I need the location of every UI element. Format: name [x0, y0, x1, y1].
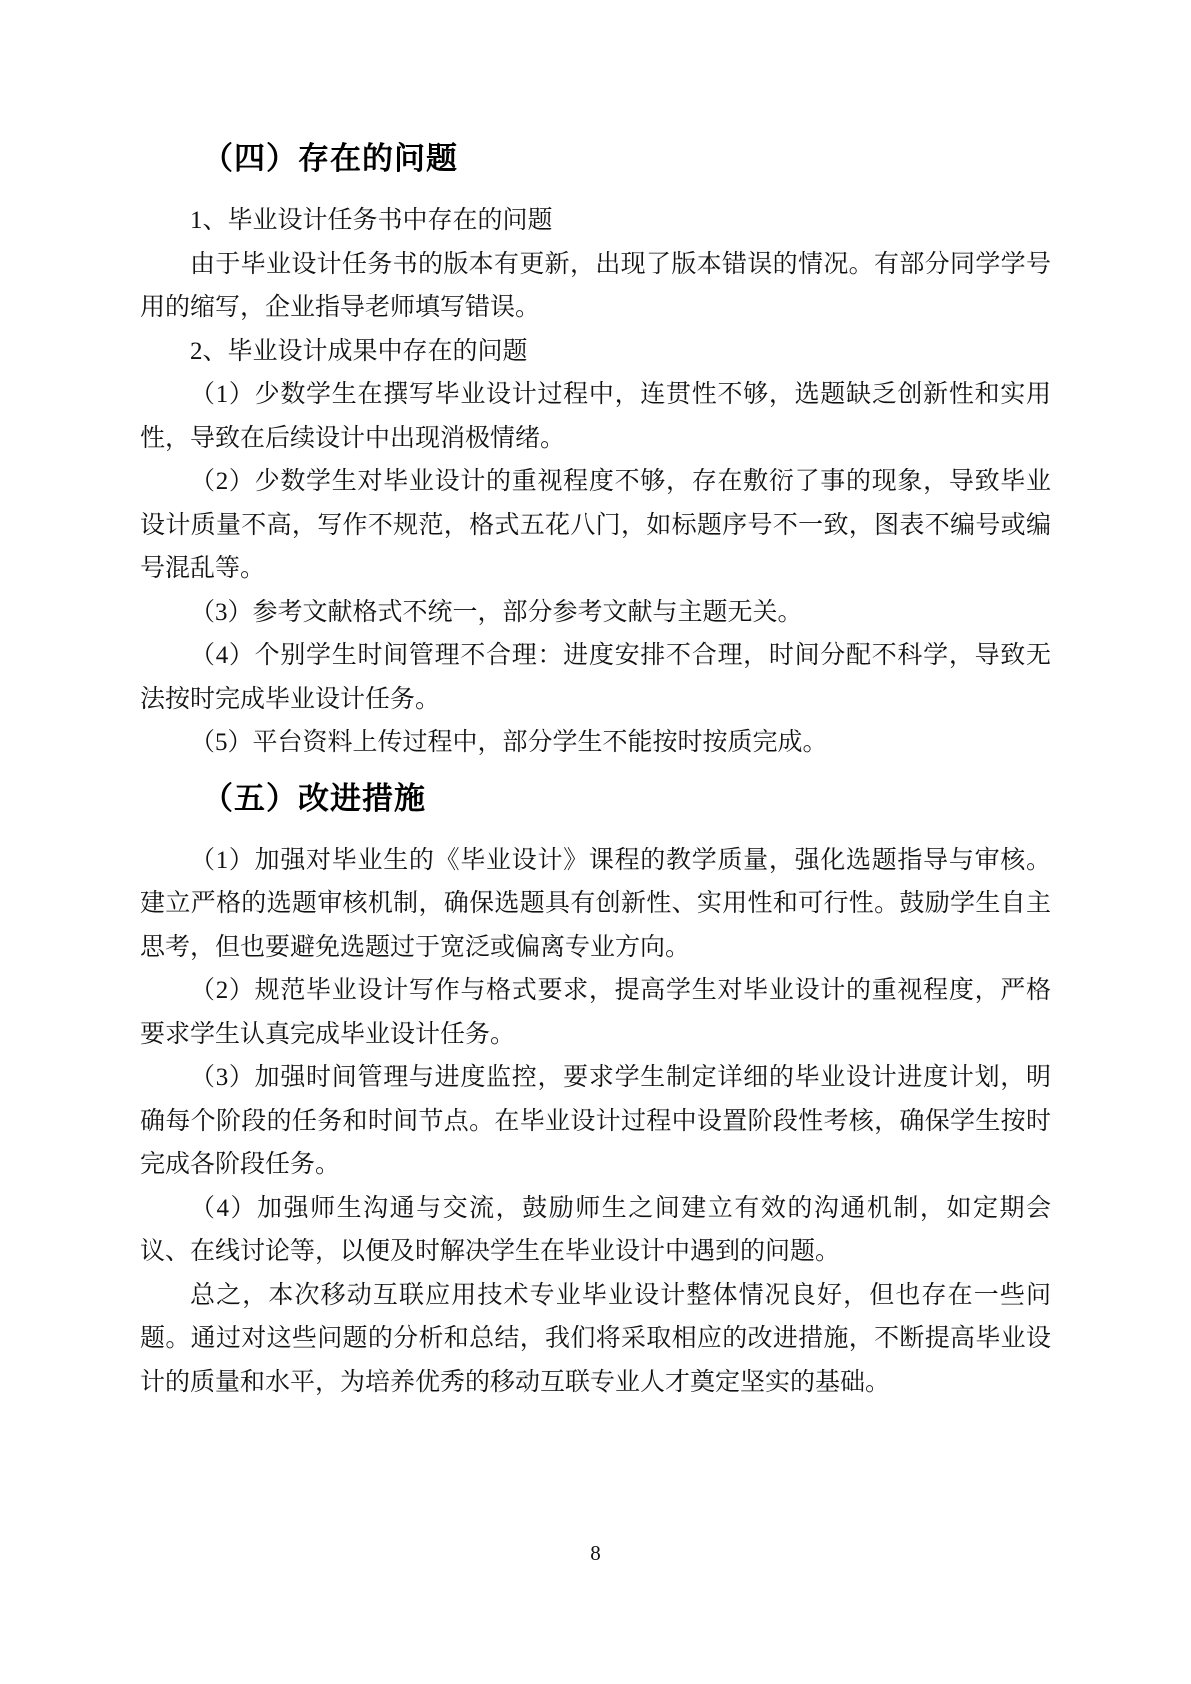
paragraph-results-subheading: 2、毕业设计成果中存在的问题 [140, 330, 1051, 374]
section-heading-existing-problems: （四）存在的问题 [140, 137, 1051, 181]
section-heading-improvement-measures: （五）改进措施 [140, 777, 1051, 821]
paragraph-measure-4: （4）加强师生沟通与交流，鼓励师生之间建立有效的沟通机制，如定期会议、在线讨论等… [140, 1187, 1051, 1274]
paragraph-task-book-subheading: 1、毕业设计任务书中存在的问题 [140, 199, 1051, 243]
paragraph-problem-4: （4）个别学生时间管理不合理：进度安排不合理，时间分配不科学，导致无法按时完成毕… [140, 634, 1051, 721]
paragraph-measure-1: （1）加强对毕业生的《毕业设计》课程的教学质量，强化选题指导与审核。建立严格的选… [140, 839, 1051, 970]
paragraph-problem-2: （2）少数学生对毕业设计的重视程度不够，存在敷衍了事的现象，导致毕业设计质量不高… [140, 460, 1051, 591]
paragraph-conclusion: 总之，本次移动互联应用技术专业毕业设计整体情况良好，但也存在一些问题。通过对这些… [140, 1274, 1051, 1405]
document-page: （四）存在的问题 1、毕业设计任务书中存在的问题 由于毕业设计任务书的版本有更新… [0, 0, 1191, 1684]
paragraph-problem-5: （5）平台资料上传过程中，部分学生不能按时按质完成。 [140, 721, 1051, 765]
page-number: 8 [0, 1540, 1191, 1566]
paragraph-problem-3: （3）参考文献格式不统一，部分参考文献与主题无关。 [140, 591, 1051, 635]
paragraph-measure-2: （2）规范毕业设计写作与格式要求，提高学生对毕业设计的重视程度，严格要求学生认真… [140, 969, 1051, 1056]
document-content: （四）存在的问题 1、毕业设计任务书中存在的问题 由于毕业设计任务书的版本有更新… [140, 137, 1051, 1404]
paragraph-task-book-issue: 由于毕业设计任务书的版本有更新，出现了版本错误的情况。有部分同学学号用的缩写，企… [140, 243, 1051, 330]
paragraph-problem-1: （1）少数学生在撰写毕业设计过程中，连贯性不够，选题缺乏创新性和实用性，导致在后… [140, 373, 1051, 460]
paragraph-measure-3: （3）加强时间管理与进度监控，要求学生制定详细的毕业设计进度计划，明确每个阶段的… [140, 1056, 1051, 1187]
